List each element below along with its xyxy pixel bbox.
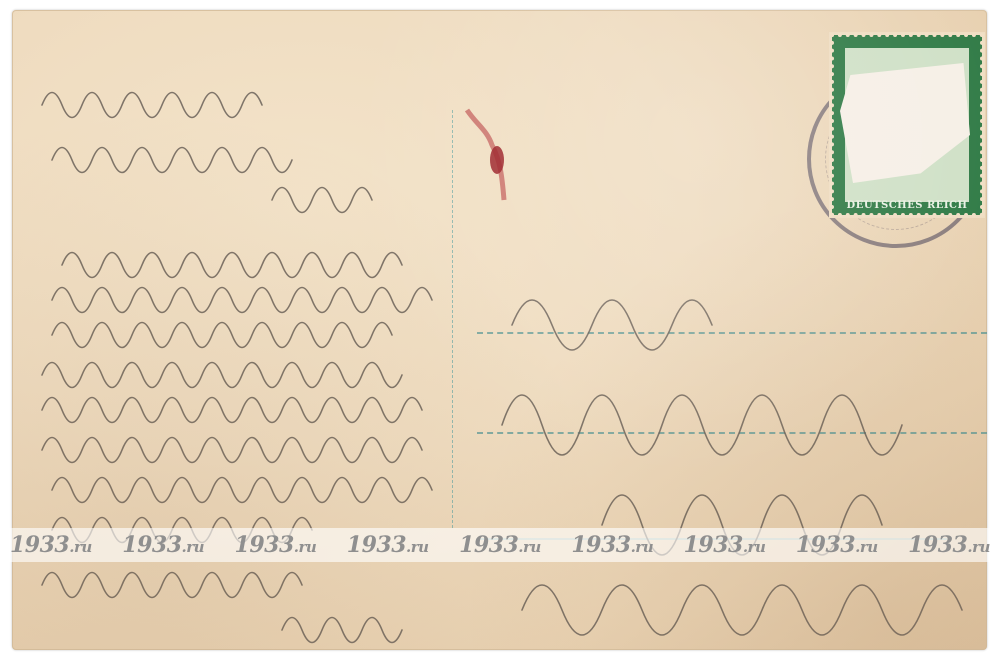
watermark-text: 1933.ru <box>347 532 429 558</box>
watermark-text: 1933.ru <box>235 532 317 558</box>
watermark-text: 1933.ru <box>459 532 541 558</box>
watermark-text: 1933.ru <box>122 532 204 558</box>
watermark-text: 1933.ru <box>571 532 653 558</box>
watermark-text: 1933.ru <box>684 532 766 558</box>
watermark-band: 1933.ru1933.ru1933.ru1933.ru1933.ru1933.… <box>0 528 1000 562</box>
watermark-text: 1933.ru <box>908 532 990 558</box>
watermark-text: 1933.ru <box>10 532 92 558</box>
watermark-text: 1933.ru <box>796 532 878 558</box>
